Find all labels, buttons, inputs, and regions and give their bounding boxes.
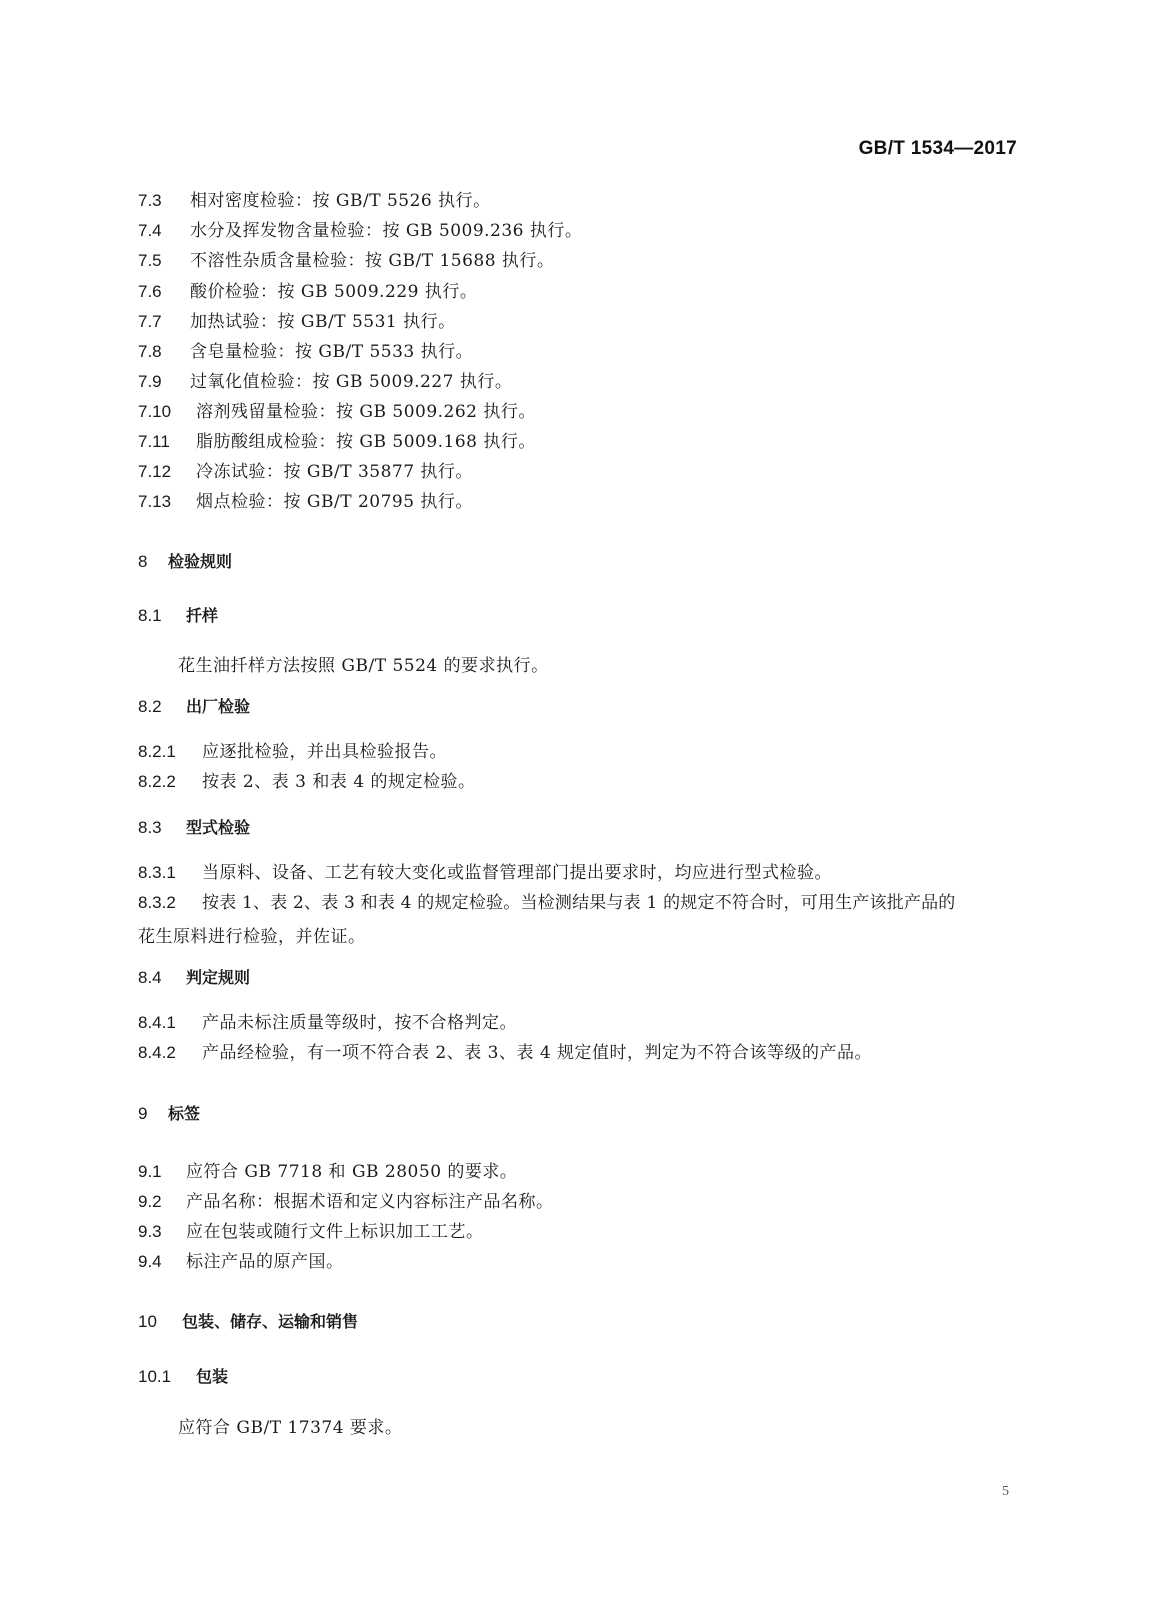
- section-8-4-heading: 8.4判定规则: [138, 967, 250, 989]
- section-title: 出厂检验: [186, 697, 250, 716]
- clause-number: 7.9: [138, 371, 190, 393]
- clause-8-4-2: 8.4.2产品经检验，有一项不符合表 2、表 3、表 4 规定值时，判定为不符合…: [138, 1042, 872, 1064]
- clause-8-3-1: 8.3.1当原料、设备、工艺有较大变化或监督管理部门提出要求时，均应进行型式检验…: [138, 862, 832, 884]
- clause-7-3: 7.3相对密度检验：按 GB/T 5526 执行。: [138, 190, 491, 212]
- clause-text: 应符合 GB 7718 和 GB 28050 的要求。: [186, 1162, 517, 1182]
- clause-number: 9.3: [138, 1221, 186, 1243]
- clause-number: 9.4: [138, 1251, 186, 1273]
- clause-7-10: 7.10溶剂残留量检验：按 GB 5009.262 执行。: [138, 401, 536, 423]
- clause-text: 按表 1、表 2、表 3 和表 4 的规定检验。当检测结果与表 1 的规定不符合…: [202, 893, 956, 913]
- clause-number: 7.11: [138, 431, 196, 453]
- clause-number: 8.4.1: [138, 1012, 202, 1034]
- section-number: 8.4: [138, 967, 186, 989]
- clause-number: 7.7: [138, 311, 190, 333]
- clause-text: 酸价检验：按 GB 5009.229 执行。: [190, 282, 477, 302]
- section-number: 9: [138, 1103, 168, 1125]
- clause-number: 7.5: [138, 250, 190, 272]
- clause-7-4: 7.4水分及挥发物含量检验：按 GB 5009.236 执行。: [138, 220, 582, 242]
- clause-text: 水分及挥发物含量检验：按 GB 5009.236 执行。: [190, 221, 582, 241]
- clause-8-3-2: 8.3.2按表 1、表 2、表 3 和表 4 的规定检验。当检测结果与表 1 的…: [138, 892, 956, 914]
- clause-number: 8.3.1: [138, 862, 202, 884]
- clause-7-13: 7.13烟点检验：按 GB/T 20795 执行。: [138, 491, 473, 513]
- section-title: 扦样: [186, 606, 218, 625]
- clause-text: 脂肪酸组成检验：按 GB 5009.168 执行。: [196, 432, 536, 452]
- clause-number: 9.2: [138, 1191, 186, 1213]
- clause-text: 不溶性杂质含量检验：按 GB/T 15688 执行。: [190, 251, 554, 271]
- section-number: 8.2: [138, 696, 186, 718]
- clause-text: 含皂量检验：按 GB/T 5533 执行。: [190, 342, 473, 362]
- clause-number: 7.8: [138, 341, 190, 363]
- clause-7-12: 7.12冷冻试验：按 GB/T 35877 执行。: [138, 461, 473, 483]
- section-title: 包装: [196, 1367, 228, 1386]
- section-number: 8: [138, 551, 168, 573]
- clause-7-9: 7.9过氧化值检验：按 GB 5009.227 执行。: [138, 371, 512, 393]
- clause-7-11: 7.11脂肪酸组成检验：按 GB 5009.168 执行。: [138, 431, 536, 453]
- section-title: 判定规则: [186, 968, 250, 987]
- clause-number: 9.1: [138, 1161, 186, 1183]
- section-number: 8.3: [138, 817, 186, 839]
- section-10-heading: 10包装、储存、运输和销售: [138, 1311, 358, 1333]
- section-10-1-heading: 10.1包装: [138, 1366, 228, 1388]
- clause-8-3-2-continuation: 花生原料进行检验，并佐证。: [138, 922, 366, 947]
- clause-text: 应逐批检验，并出具检验报告。: [202, 742, 447, 762]
- section-number: 10.1: [138, 1366, 196, 1388]
- section-8-heading: 8检验规则: [138, 551, 232, 573]
- clause-7-8: 7.8含皂量检验：按 GB/T 5533 执行。: [138, 341, 473, 363]
- section-8-2-heading: 8.2出厂检验: [138, 696, 250, 718]
- clause-number: 7.10: [138, 401, 196, 423]
- clause-text: 按表 2、表 3 和表 4 的规定检验。: [202, 772, 475, 792]
- clause-text: 加热试验：按 GB/T 5531 执行。: [190, 312, 456, 332]
- clause-9-1: 9.1应符合 GB 7718 和 GB 28050 的要求。: [138, 1161, 517, 1183]
- clause-text: 标注产品的原产国。: [186, 1252, 344, 1272]
- clause-number: 7.4: [138, 220, 190, 242]
- clause-text: 产品名称：根据术语和定义内容标注产品名称。: [186, 1192, 554, 1212]
- clause-text: 相对密度检验：按 GB/T 5526 执行。: [190, 191, 491, 211]
- clause-text: 溶剂残留量检验：按 GB 5009.262 执行。: [196, 402, 536, 422]
- clause-7-6: 7.6酸价检验：按 GB 5009.229 执行。: [138, 281, 477, 303]
- clause-number: 7.3: [138, 190, 190, 212]
- section-title: 标签: [168, 1104, 200, 1123]
- clause-text: 产品未标注质量等级时，按不合格判定。: [202, 1013, 517, 1033]
- section-8-1-paragraph: 花生油扦样方法按照 GB/T 5524 的要求执行。: [178, 651, 549, 676]
- clause-text: 产品经检验，有一项不符合表 2、表 3、表 4 规定值时，判定为不符合该等级的产…: [202, 1043, 872, 1063]
- clause-text: 当原料、设备、工艺有较大变化或监督管理部门提出要求时，均应进行型式检验。: [202, 863, 832, 883]
- clause-number: 8.2.1: [138, 741, 202, 763]
- page-number: 5: [1002, 1484, 1009, 1500]
- clause-9-2: 9.2产品名称：根据术语和定义内容标注产品名称。: [138, 1191, 554, 1213]
- clause-8-4-1: 8.4.1产品未标注质量等级时，按不合格判定。: [138, 1012, 517, 1034]
- section-9-heading: 9标签: [138, 1103, 200, 1125]
- clause-7-7: 7.7加热试验：按 GB/T 5531 执行。: [138, 311, 456, 333]
- clause-text: 冷冻试验：按 GB/T 35877 执行。: [196, 462, 473, 482]
- standard-code: GB/T 1534—2017: [859, 138, 1017, 160]
- clause-8-2-1: 8.2.1应逐批检验，并出具检验报告。: [138, 741, 447, 763]
- section-number: 8.1: [138, 605, 186, 627]
- clause-9-3: 9.3应在包装或随行文件上标识加工工艺。: [138, 1221, 484, 1243]
- clause-text: 烟点检验：按 GB/T 20795 执行。: [196, 492, 473, 512]
- clause-number: 8.4.2: [138, 1042, 202, 1064]
- section-title: 检验规则: [168, 552, 232, 571]
- clause-number: 7.13: [138, 491, 196, 513]
- section-10-1-paragraph: 应符合 GB/T 17374 要求。: [178, 1413, 402, 1438]
- section-number: 10: [138, 1311, 182, 1333]
- clause-7-5: 7.5不溶性杂质含量检验：按 GB/T 15688 执行。: [138, 250, 554, 272]
- section-title: 型式检验: [186, 818, 250, 837]
- clause-text: 过氧化值检验：按 GB 5009.227 执行。: [190, 372, 512, 392]
- clause-8-2-2: 8.2.2按表 2、表 3 和表 4 的规定检验。: [138, 771, 475, 793]
- clause-number: 8.2.2: [138, 771, 202, 793]
- clause-number: 7.6: [138, 281, 190, 303]
- clause-number: 8.3.2: [138, 892, 202, 914]
- clause-text: 应在包装或随行文件上标识加工工艺。: [186, 1222, 484, 1242]
- clause-9-4: 9.4标注产品的原产国。: [138, 1251, 344, 1273]
- clause-number: 7.12: [138, 461, 196, 483]
- section-8-1-heading: 8.1扦样: [138, 605, 218, 627]
- section-8-3-heading: 8.3型式检验: [138, 817, 250, 839]
- section-title: 包装、储存、运输和销售: [182, 1312, 358, 1331]
